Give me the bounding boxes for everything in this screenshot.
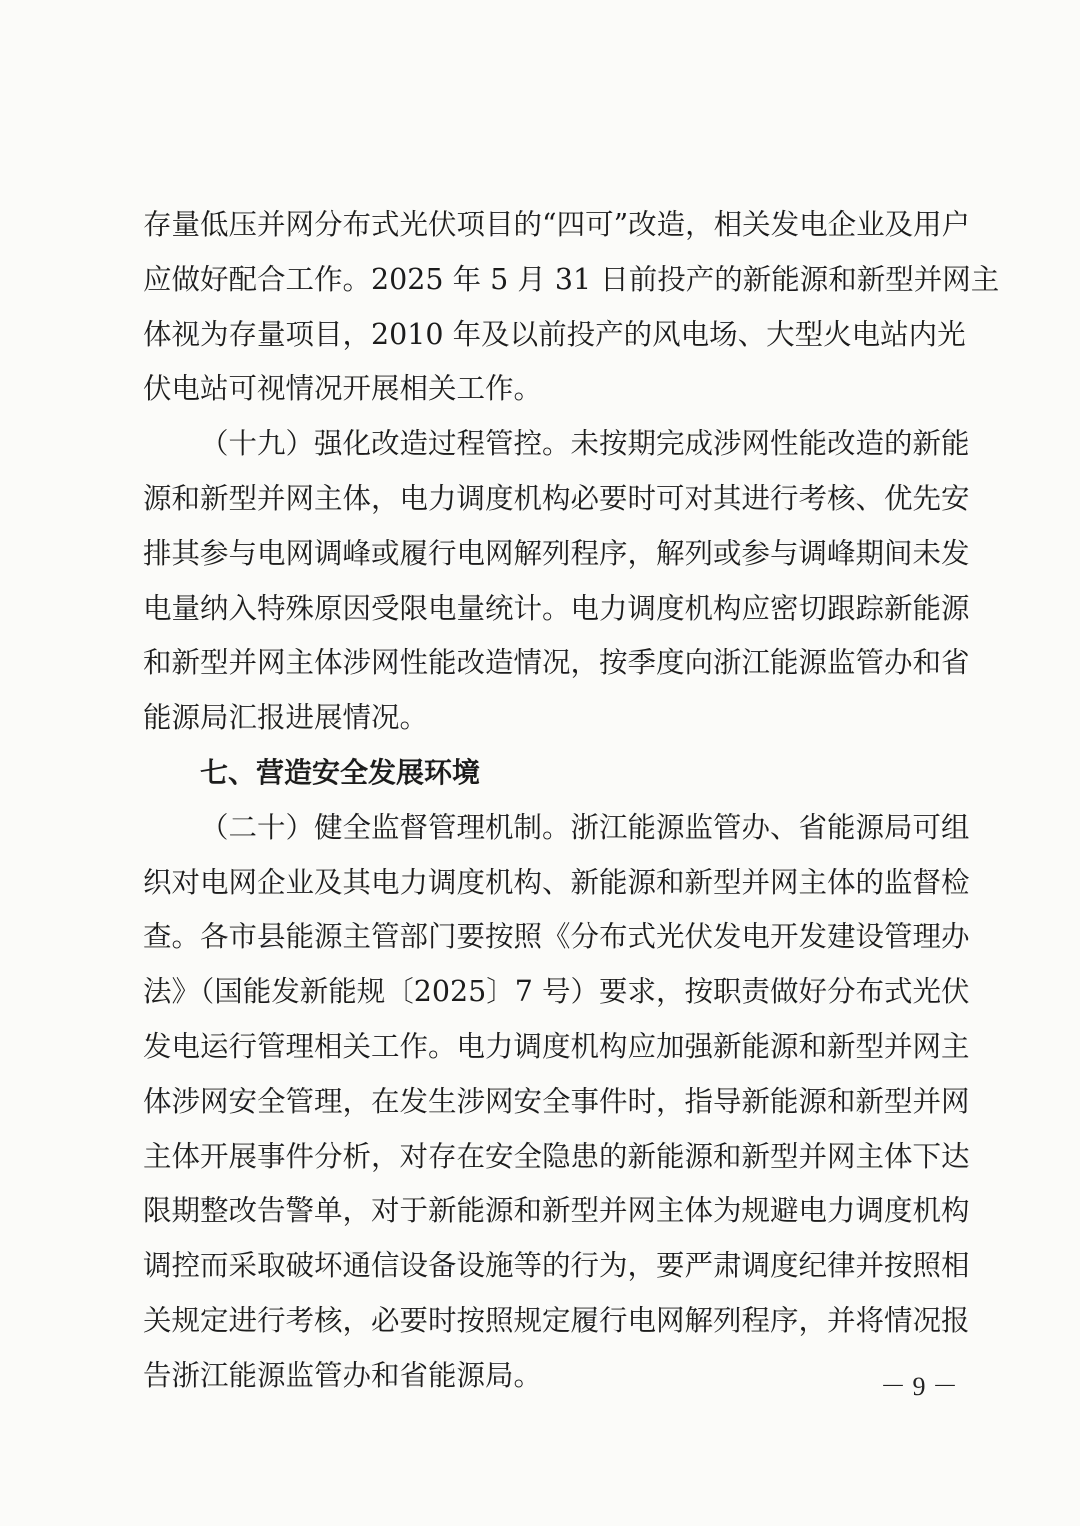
document-body: 存量低压并网分布式光伏项目的“四可”改造，相关发电企业及用户 应做好配合工作。2… [143, 198, 943, 1404]
text-line: （二十）健全监督管理机制。浙江能源监管办、省能源局可组 [143, 801, 943, 856]
text-line: 体视为存量项目，2010 年及以前投产的风电场、大型火电站内光 [143, 308, 943, 363]
text-line: 和新型并网主体涉网性能改造情况，按季度向浙江能源监管办和省 [143, 636, 943, 691]
text-line: 发电运行管理相关工作。电力调度机构应加强新能源和新型并网主 [143, 1020, 943, 1075]
text-line: 调控而采取破坏通信设备设施等的行为，要严肃调度纪律并按照相 [143, 1239, 943, 1294]
text-line: 织对电网企业及其电力调度机构、新能源和新型并网主体的监督检 [143, 856, 943, 911]
text-line: 存量低压并网分布式光伏项目的“四可”改造，相关发电企业及用户 [143, 198, 943, 253]
text-line: 源和新型并网主体，电力调度机构必要时可对其进行考核、优先安 [143, 472, 943, 527]
paragraph-20: （二十）健全监督管理机制。浙江能源监管办、省能源局可组 织对电网企业及其电力调度… [143, 801, 943, 1404]
text-line: （十九）强化改造过程管控。未按期完成涉网性能改造的新能 [143, 417, 943, 472]
text-line: 电量纳入特殊原因受限电量统计。电力调度机构应密切跟踪新能源 [143, 582, 943, 637]
text-line: 应做好配合工作。2025 年 5 月 31 日前投产的新能源和新型并网主 [143, 253, 943, 308]
text-line: 体涉网安全管理，在发生涉网安全事件时，指导新能源和新型并网 [143, 1075, 943, 1130]
text-line: 法》（国能发新能规〔2025〕7 号）要求，按职责做好分布式光伏 [143, 965, 943, 1020]
text-line: 能源局汇报进展情况。 [143, 691, 943, 746]
text-line: 查。各市县能源主管部门要按照《分布式光伏发电开发建设管理办 [143, 910, 943, 965]
text-line: 主体开展事件分析，对存在安全隐患的新能源和新型并网主体下达 [143, 1130, 943, 1185]
text-line: 伏电站可视情况开展相关工作。 [143, 362, 943, 417]
text-line: 排其参与电网调峰或履行电网解列程序，解列或参与调峰期间未发 [143, 527, 943, 582]
page-number: － 9 － [880, 1366, 958, 1403]
text-line: 关规定进行考核，必要时按照规定履行电网解列程序，并将情况报 [143, 1294, 943, 1349]
paragraph-19: （十九）强化改造过程管控。未按期完成涉网性能改造的新能 源和新型并网主体，电力调… [143, 417, 943, 746]
section-heading: 七、营造安全发展环境 [143, 746, 943, 801]
paragraph-continuation: 存量低压并网分布式光伏项目的“四可”改造，相关发电企业及用户 应做好配合工作。2… [143, 198, 943, 417]
text-line: 限期整改告警单，对于新能源和新型并网主体为规避电力调度机构 [143, 1184, 943, 1239]
text-line: 告浙江能源监管办和省能源局。 [143, 1349, 943, 1404]
